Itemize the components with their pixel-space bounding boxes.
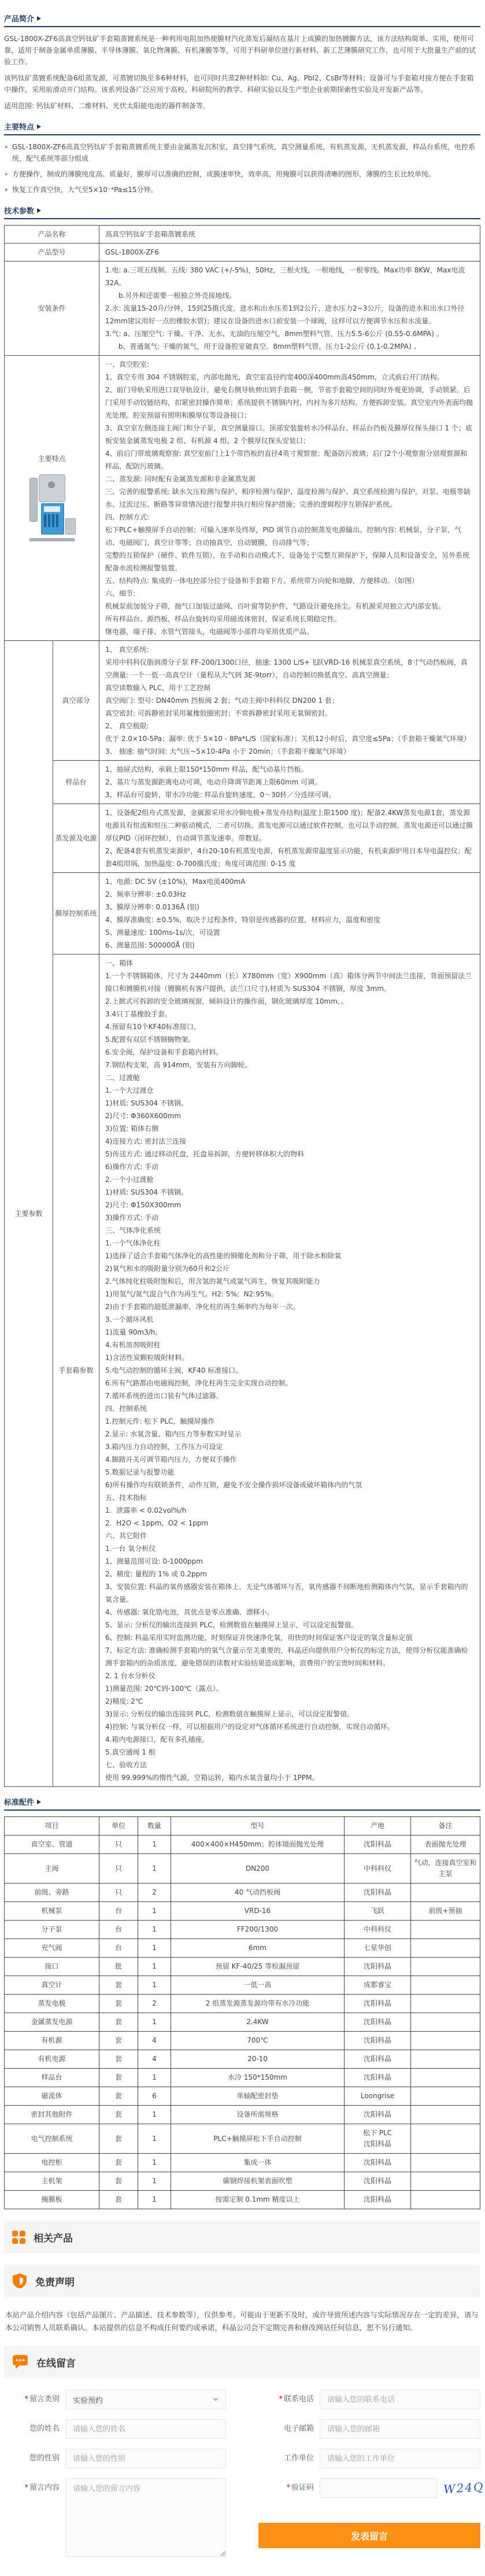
captcha-image[interactable]: W24Q <box>443 2480 481 2496</box>
accessory-note <box>411 2191 480 2209</box>
accessory-origin: 沈阳科晶 <box>345 2172 411 2191</box>
accessory-qty: 4 <box>138 2032 171 2050</box>
page: 产品简介 GSL-1800X-ZF6高真空钙钛矿手套箱蒸镀系统是一种利用电阻加热… <box>0 0 485 2576</box>
subrow-label: 膜厚控制系统 <box>53 873 99 955</box>
phone-label: *联系电话 <box>258 2390 320 2409</box>
accessory-qty: 1 <box>138 2154 171 2172</box>
online-message-title: 在线留言 <box>36 2355 76 2369</box>
accessory-note <box>411 2124 480 2154</box>
features-list: GSL-1800X-ZF6高真空钙钛矿手套箱蒸镀系统主要由金属蒸发沉积室，真空排… <box>4 141 480 196</box>
accessory-note <box>411 1958 480 1976</box>
accessory-row: 金属蒸发电源 套 1 2.4KW 沈阳科晶 <box>5 2013 480 2032</box>
accessory-qty: 6 <box>138 2087 171 2106</box>
feature-text: 恢复工作真空快，大气至5×10⁻⁴Pa≤15分钟。 <box>12 186 157 194</box>
accessory-row: 电气控制系统 套 1 PLC+触摸屏松下手自动控制 松下 PLC 沈阳科晶 <box>5 2124 480 2154</box>
column-header: 型号 <box>171 1817 345 1836</box>
message-content-textarea[interactable] <box>65 2478 226 2557</box>
accessory-unit: 套 <box>99 1995 138 2013</box>
accessory-origin: 中科科仪 <box>345 1854 411 1884</box>
accessory-qty: 1 <box>138 2191 171 2209</box>
evaporation-source-content: 1、设备配2组舟式蒸发源，金属源采用水冷铜电极+蒸发舟结构(温度上限1500 度… <box>99 804 480 873</box>
row-label: 主要特点 <box>5 356 99 641</box>
feature-item: 方便操作，制成的薄膜纯度高、质量好，膜厚可以准确的控制，成膜速率快，效率高，用掩… <box>4 168 480 180</box>
gender-label: 您的性别 <box>4 2449 65 2468</box>
accessory-model: 碳钢焊接机架表面吹塑 <box>171 2172 345 2191</box>
subrow-label: 真空部分 <box>53 641 99 761</box>
accessory-qty: 1 <box>138 1902 171 1921</box>
message-form: *留言类别 实验预约 您的姓名 您的性别 *留言内容 <box>4 2390 480 2559</box>
captcha-label: *验证码 <box>258 2478 320 2498</box>
name-label: 您的姓名 <box>4 2419 65 2439</box>
accessory-row: 充气阀 台 1 6mm 七星华创 <box>5 1939 480 1958</box>
table-row: 产品名称 高真空钙钛矿手套箱蒸镀系统 <box>5 226 480 244</box>
accessory-note: 表面抛光处理 <box>411 1836 480 1854</box>
bullet-icon <box>5 188 8 191</box>
accessory-origin: 沈阳科晶 <box>345 2106 411 2124</box>
accessory-qty: 2 <box>138 1884 171 1902</box>
accessory-item: 有机电源 <box>5 2050 99 2069</box>
accessory-item: 真空室、管道 <box>5 1836 99 1854</box>
accessory-note <box>411 1995 480 2013</box>
accessory-item: 电控柜 <box>5 2154 99 2172</box>
submit-button[interactable]: 发表留言 <box>258 2523 480 2548</box>
accessories-body: 真空室、管道 只 1 400×400×H450mm；腔体镜面抛光处理 沈阳科晶 … <box>5 1836 480 2209</box>
accessory-qty: 1 <box>138 1854 171 1884</box>
gender-input[interactable] <box>65 2449 226 2468</box>
form-row-category: *留言类别 实验预约 <box>4 2390 226 2409</box>
row-label: 安装条件 <box>5 261 99 356</box>
tech-params-table: 产品名称 高真空钙钛矿手套箱蒸镀系统 产品型号 GSL-1800X-ZF6 安装… <box>4 225 480 1787</box>
accessory-origin: 沈阳科晶 <box>345 2013 411 2032</box>
accessory-note <box>411 1921 480 1939</box>
disclaimer-text: 本站产品介绍内容（包括产品图片、产品描述、技术参数等），仅供参考。可能由于更新不… <box>5 2309 479 2334</box>
accessory-unit: 套 <box>99 2069 138 2087</box>
related-products-bar: 相关产品 <box>4 2221 480 2253</box>
accessory-item: 蒸发电极 <box>5 1995 99 2013</box>
accessories-heading-text: 标准配件 <box>4 1796 34 1807</box>
accessory-origin: 沈阳科晶 <box>345 2050 411 2069</box>
shield-icon <box>12 2273 27 2289</box>
accessory-note <box>411 1939 480 1958</box>
section-rule <box>4 218 480 219</box>
accessory-note <box>411 2172 480 2191</box>
accessory-model: 集成一体 <box>171 2154 345 2172</box>
accessory-unit: 套 <box>99 2154 138 2172</box>
subrow-label: 手套箱参数 <box>53 955 99 1787</box>
row-label: 产品名称 <box>5 226 99 244</box>
bullet-icon <box>5 172 8 176</box>
section-tech-heading: 技术参数 <box>4 205 480 216</box>
company-input[interactable] <box>320 2449 480 2468</box>
accessories-header-row: 项目 单位 数量 型号 产地 备注 <box>5 1817 480 1836</box>
accessory-qty: 2 <box>138 1995 171 2013</box>
product-photo <box>28 473 76 541</box>
intro-paragraph: GSL-1800X-ZF6高真空钙钛矿手套箱蒸镀系统是一种利用电阻加热使膜材汽化… <box>4 33 480 68</box>
form-row-content: *留言内容 <box>4 2478 226 2559</box>
name-input[interactable] <box>65 2419 226 2439</box>
accessory-unit: 台 <box>99 1939 138 1958</box>
accessory-model: 预留 KF-40/25 等检漏预留 <box>171 1958 345 1976</box>
accessory-model: 水冷 150*150mm <box>171 2069 345 2087</box>
accessory-unit: 套 <box>99 2106 138 2124</box>
accessory-origin: 沈阳科晶 <box>345 2032 411 2050</box>
accessory-origin: 沈阳科晶 <box>345 1995 411 2013</box>
accessory-item: 接口 <box>5 1958 99 1976</box>
accessory-origin: 沈阳科晶 <box>345 2069 411 2087</box>
accessory-model: 按需定制 0.1mm 精度以上 <box>171 2191 345 2209</box>
accessory-note: 前级+预抽 <box>411 1902 480 1921</box>
intro-heading-text: 产品简介 <box>4 13 34 24</box>
features-row-label: 主要特点 <box>6 452 97 465</box>
table-row: 手套箱参数 一、箱体 1.一个不锈钢箱体，尺寸为 2440mm（长）X780mm… <box>5 955 480 1787</box>
accessory-row: 样品台 套 1 水冷 150*150mm 沈阳科晶 <box>5 2069 480 2087</box>
accessory-model: 2.4KW <box>171 2013 345 2032</box>
required-asterisk: * <box>24 2395 28 2404</box>
accessory-row: 机械泵 台 1 VRD-16 飞跃 前级+预抽 <box>5 1902 480 1921</box>
accessory-item: 样品台 <box>5 2069 99 2087</box>
accessory-item: 前级、旁路 <box>5 1884 99 1902</box>
company-label: 工作单位 <box>258 2449 320 2468</box>
accessory-note <box>411 2154 480 2172</box>
accessory-origin: 沈阳科晶 <box>345 2191 411 2209</box>
accessory-origin: 七星华创 <box>345 1939 411 1958</box>
content-label: *留言内容 <box>4 2478 65 2498</box>
features-heading-text: 主要特点 <box>4 121 34 132</box>
accessory-item: 有机源 <box>5 2032 99 2050</box>
params-row-label: 主要参数 <box>5 641 53 1787</box>
accessory-qty: 4 <box>138 2050 171 2069</box>
related-products-title: 相关产品 <box>34 2230 73 2245</box>
accessory-unit: 台 <box>99 1902 138 1921</box>
subrow-label: 样品台 <box>53 761 99 804</box>
accessory-origin: 飞跃 <box>345 1902 411 1921</box>
accessory-item: 分子泵 <box>5 1921 99 1939</box>
form-row-company: 工作单位 <box>258 2449 480 2468</box>
install-conditions: 1.电: a.三项五线制。五线: 380 VAC (+/-5%)，50Hz，三根… <box>99 261 480 356</box>
required-asterisk: * <box>24 2483 28 2492</box>
section-accessories-heading: 标准配件 <box>4 1796 480 1807</box>
table-row: 主要参数 真空部分 1、 真空系统: 采用中科科仪脂润滑分子泵 FF-200/1… <box>5 641 480 761</box>
accessory-item: 真空计 <box>5 1976 99 1995</box>
required-asterisk: * <box>279 2395 283 2404</box>
accessory-model: PLC+触摸屏松下手自动控制 <box>171 2124 345 2154</box>
accessory-origin: 沈阳科晶 <box>345 1836 411 1854</box>
form-row-email: 电子邮箱 <box>258 2419 480 2439</box>
column-header: 数量 <box>138 1817 171 1836</box>
accessory-note <box>411 2069 480 2087</box>
accessory-qty: 1 <box>138 2124 171 2154</box>
row-label: 产品型号 <box>5 244 99 261</box>
online-message-bar: 在线留言 <box>4 2346 480 2378</box>
accessory-note <box>411 2106 480 2124</box>
accessory-note <box>411 1884 480 1902</box>
accessory-note: 气动，连接真空室和主泵 <box>411 1854 480 1884</box>
section-features-heading: 主要特点 <box>4 121 480 132</box>
accessory-note <box>411 2032 480 2050</box>
table-row: 安装条件 1.电: a.三项五线制。五线: 380 VAC (+/-5%)，50… <box>5 261 480 356</box>
required-asterisk: * <box>286 2483 290 2492</box>
chat-bubble-icon <box>12 2354 28 2369</box>
accessory-qty: 1 <box>138 1921 171 1939</box>
accessory-item: 金属蒸发电源 <box>5 2013 99 2032</box>
table-row: 样品台 1、抽屉式结构，承载上限150*150mm 样品，配气动基片挡板。 2、… <box>5 761 480 804</box>
chevron-down-icon <box>213 2398 219 2401</box>
disclaimer-bar: 免责声明 <box>4 2265 480 2297</box>
accessory-row: 电控柜 套 1 集成一体 沈阳科晶 <box>5 2154 480 2172</box>
accessory-item: 主机架 <box>5 2172 99 2191</box>
feature-item: 恢复工作真空快，大气至5×10⁻⁴Pa≤15分钟。 <box>4 184 480 196</box>
form-row-gender: 您的性别 <box>4 2449 226 2468</box>
accessory-unit: 套 <box>99 2013 138 2032</box>
accessory-item: 主阀 <box>5 1854 99 1884</box>
accessory-unit: 套 <box>99 2191 138 2209</box>
accessory-origin: 沈阳科晶 <box>345 1884 411 1902</box>
form-row-captcha: *验证码 W24Q <box>258 2478 480 2498</box>
form-row-name: 您的姓名 <box>4 2419 226 2439</box>
related-products-icon <box>12 2231 25 2244</box>
accessory-qty: 1 <box>138 1958 171 1976</box>
accessory-unit: 只 <box>99 1884 138 1902</box>
accessory-item: 掩膜板 <box>5 2191 99 2209</box>
section-rule <box>4 1810 480 1811</box>
message-category-select[interactable]: 实验预约 <box>65 2390 226 2409</box>
accessory-row: 接口 批 1 预留 KF-40/25 等检漏预留 沈阳科晶 <box>5 1958 480 1976</box>
subrow-label: 蒸发源及电源 <box>53 804 99 873</box>
form-right-column: *联系电话 电子邮箱 工作单位 *验证码 W24Q 发表留言 <box>258 2390 480 2559</box>
accessory-model: 2 组蒸发源蒸发源均带有水冷功能 <box>171 1995 345 2013</box>
accessory-model: 400×400×H450mm；腔体镜面抛光处理 <box>171 1836 345 1854</box>
accessory-qty: 1 <box>138 2106 171 2124</box>
triangle-right-icon <box>37 1800 41 1804</box>
accessory-model: 一低一高 <box>171 1976 345 1995</box>
accessory-note <box>411 2013 480 2032</box>
table-row: 主要特点 一、真空腔室: 1、真空专用 304 不锈钢腔室，内部电抛光，真空室直… <box>5 356 480 641</box>
section-intro-heading: 产品简介 <box>4 13 480 24</box>
phone-input[interactable] <box>320 2390 480 2409</box>
section-rule <box>4 26 480 27</box>
accessory-origin: 沈阳科晶 <box>345 1958 411 1976</box>
accessory-item: 机械泵 <box>5 1902 99 1921</box>
table-row: 蒸发源及电源 1、设备配2组舟式蒸发源，金属源采用水冷铜电极+蒸发舟结构(温度上… <box>5 804 480 873</box>
accessory-note <box>411 2050 480 2069</box>
accessory-qty: 1 <box>138 1836 171 1854</box>
accessory-note <box>411 2087 480 2106</box>
accessory-unit: 批 <box>99 1958 138 1976</box>
accessory-origin: 沈阳科晶 <box>345 2154 411 2172</box>
accessory-row: 蒸发电极 套 2 2 组蒸发源蒸发源均带有水冷功能 沈阳科晶 <box>5 1995 480 2013</box>
accessory-qty: 1 <box>138 2172 171 2191</box>
feature-item: GSL-1800X-ZF6高真空钙钛矿手套箱蒸镀系统主要由金属蒸发沉积室，真空排… <box>4 141 480 164</box>
accessory-model: VRD-16 <box>171 1902 345 1921</box>
triangle-right-icon <box>37 16 41 21</box>
form-row-phone: *联系电话 <box>258 2390 480 2409</box>
column-header: 备注 <box>411 1817 480 1836</box>
accessory-row: 前级、旁路 只 2 40 气动挡板阀 沈阳科晶 <box>5 1884 480 1902</box>
accessory-model: 单轴配密封垫 <box>171 2087 345 2106</box>
email-input[interactable] <box>320 2419 480 2439</box>
accessory-model: 6mm <box>171 1939 345 1958</box>
intro-paragraph: 适用范围: 钙钛矿材料、二维材料、光伏太阳能电池的器件制备等。 <box>4 100 480 112</box>
accessory-model: 700℃ <box>171 2032 345 2050</box>
form-left-column: *留言类别 实验预约 您的姓名 您的性别 *留言内容 <box>4 2390 226 2559</box>
tech-heading-text: 技术参数 <box>4 205 34 216</box>
accessory-row: 真空计 套 1 一低一高 成都睿宝 <box>5 1976 480 1995</box>
accessory-model: 40 气动挡板阀 <box>171 1884 345 1902</box>
accessory-row: 分子泵 台 1 FF200/1300 中科科仪 <box>5 1921 480 1939</box>
vacuum-section-content: 1、 真空系统: 采用中科科仪脂润滑分子泵 FF-200/1300口径，抽速: … <box>99 641 480 761</box>
accessory-unit: 台 <box>99 1921 138 1939</box>
triangle-right-icon <box>37 208 41 213</box>
accessory-qty: 1 <box>138 2013 171 2032</box>
accessory-model: DN200 <box>171 1854 345 1884</box>
accessory-origin: 松下 PLC 沈阳科晶 <box>345 2124 411 2154</box>
feature-text: GSL-1800X-ZF6高真空钙钛矿手套箱蒸镀系统主要由金属蒸发沉积室，真空排… <box>12 143 475 163</box>
accessory-qty: 1 <box>138 2069 171 2087</box>
accessory-note <box>411 1976 480 1995</box>
triangle-right-icon <box>37 124 41 129</box>
column-header: 产地 <box>345 1817 411 1836</box>
accessory-unit: 套 <box>99 2172 138 2191</box>
model-value: GSL-1800X-ZF6 <box>99 244 480 261</box>
accessory-unit: 套 <box>99 2124 138 2154</box>
accessory-row: 有机电源 套 4 20-10 沈阳科晶 <box>5 2050 480 2069</box>
column-header: 项目 <box>5 1817 99 1836</box>
film-thickness-content: 1、电源: DC 5V (±10%)，Max电流400mA 2、频率分辨率: ±… <box>99 873 480 955</box>
accessory-unit: 只 <box>99 1836 138 1854</box>
accessory-model: 20-10 <box>171 2050 345 2069</box>
accessory-row: 磁流体 套 6 单轴配密封垫 Loongrise <box>5 2087 480 2106</box>
accessory-qty: 1 <box>138 1939 171 1958</box>
accessory-unit: 套 <box>99 2032 138 2050</box>
category-selected-value: 实验预约 <box>73 2394 103 2405</box>
accessory-item: 磁流体 <box>5 2087 99 2106</box>
main-features-content: 一、真空腔室: 1、真空专用 304 不锈钢腔室，内部电抛光，真空室直径约宽40… <box>99 356 480 641</box>
accessory-row: 主阀 只 1 DN200 中科科仪 气动，连接真空室和主泵 <box>5 1854 480 1884</box>
product-name-value: 高真空钙钛矿手套箱蒸镀系统 <box>99 226 480 244</box>
accessory-row: 有机源 套 4 700℃ 沈阳科晶 <box>5 2032 480 2050</box>
accessory-item: 充气阀 <box>5 1939 99 1958</box>
accessory-origin: 成都睿宝 <box>345 1976 411 1995</box>
sample-stage-content: 1、抽屉式结构，承载上限150*150mm 样品，配气动基片挡板。 2、基片与蒸… <box>99 761 480 804</box>
accessories-table: 项目 单位 数量 型号 产地 备注 真空室、管道 只 1 400×400×H45… <box>4 1816 480 2209</box>
disclaimer-title: 免责声明 <box>35 2274 75 2288</box>
accessory-item: 密封其他附件 <box>5 2106 99 2124</box>
accessory-unit: 套 <box>99 1976 138 1995</box>
captcha-input[interactable] <box>320 2478 438 2498</box>
email-label: 电子邮箱 <box>258 2419 320 2439</box>
accessory-row: 密封其他附件 套 1 设备所需规格 沈阳科晶 <box>5 2106 480 2124</box>
accessory-qty: 1 <box>138 1976 171 1995</box>
bullet-icon <box>5 145 8 149</box>
accessory-row: 主机架 套 1 碳钢焊接机架表面吹塑 沈阳科晶 <box>5 2172 480 2191</box>
category-label: *留言类别 <box>4 2390 65 2409</box>
table-row: 膜厚控制系统 1、电源: DC 5V (±10%)，Max电流400mA 2、频… <box>5 873 480 955</box>
accessory-unit: 只 <box>99 1854 138 1884</box>
accessory-origin: Loongrise <box>345 2087 411 2106</box>
accessory-unit: 套 <box>99 2050 138 2069</box>
accessory-item: 电气控制系统 <box>5 2124 99 2154</box>
column-header: 单位 <box>99 1817 138 1836</box>
accessory-unit: 套 <box>99 2087 138 2106</box>
accessory-origin: 中科科仪 <box>345 1921 411 1939</box>
intro-paragraph: 该钙钛矿蒸镀系统配备6组蒸发源，可蒸镀切换至多6种材料，也可同时共蒸2种材料如:… <box>4 72 480 95</box>
glovebox-params-content: 一、箱体 1.一个不锈钢箱体，尺寸为 2440mm（长）X780mm（宽）X90… <box>99 955 480 1787</box>
table-row: 产品型号 GSL-1800X-ZF6 <box>5 244 480 261</box>
accessory-model: 设备所需规格 <box>171 2106 345 2124</box>
section-rule <box>4 134 480 135</box>
accessory-row: 掩膜板 套 1 按需定制 0.1mm 精度以上 沈阳科晶 <box>5 2191 480 2209</box>
accessory-row: 真空室、管道 只 1 400×400×H450mm；腔体镜面抛光处理 沈阳科晶 … <box>5 1836 480 1854</box>
accessory-model: FF200/1300 <box>171 1921 345 1939</box>
feature-text: 方便操作，制成的薄膜纯度高、质量好，膜厚可以准确的控制，成膜速率快，效率高，用掩… <box>12 170 435 178</box>
